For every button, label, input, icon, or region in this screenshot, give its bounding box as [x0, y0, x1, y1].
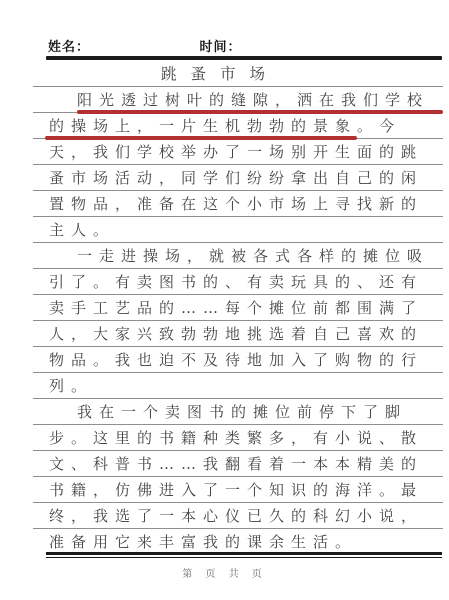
footer-divider-line [46, 552, 442, 558]
page-number-footer: 第 页 共 页 [0, 565, 449, 580]
essay-line: 我在一个卖图书的摊位前停下了脚 [33, 399, 443, 425]
writing-grid: 跳蚤市场 阳光透过树叶的缝隙，洒在我们学校 的操场上，一片生机勃勃的景象。今 天… [33, 61, 443, 555]
essay-line: 人，大家兴致勃勃地挑选着自己喜欢的 [33, 321, 443, 347]
essay-sheet: 姓名： 时间： 跳蚤市场 阳光透过树叶的缝隙，洒在我们学校 的操场上，一片生机勃… [0, 0, 449, 600]
time-field-label: 时间： [200, 40, 242, 55]
essay-line: 置物品，准备在这个小市场上寻找新的 [33, 191, 443, 217]
essay-line: 一走进操场，就被各式各样的摊位吸 [33, 243, 443, 269]
teacher-red-underline [77, 110, 443, 114]
essay-line: 终，我选了一本心仪已久的科幻小说， [33, 503, 443, 529]
essay-line: 蚤市场活动，同学们纷纷拿出自己的闲 [33, 165, 443, 191]
essay-line: 步。这里的书籍种类繁多，有小说、散 [33, 425, 443, 451]
essay-line: 天，我们学校举办了一场别开生面的跳 [33, 139, 443, 165]
essay-line: 引了。有卖图书的、有卖玩具的、还有 [33, 269, 443, 295]
teacher-red-underline [45, 136, 357, 140]
essay-line: 主人。 [33, 217, 443, 243]
essay-line: 文、科普书……我翻看着一本本精美的 [33, 451, 443, 477]
name-field-label: 姓名： [48, 40, 90, 55]
essay-line: 书籍，仿佛进入了一个知识的海洋。最 [33, 477, 443, 503]
header-divider-line [46, 56, 442, 60]
essay-line: 物品。我也迫不及待地加入了购物的行 [33, 347, 443, 373]
sheet-header: 姓名： 时间： [48, 36, 439, 55]
essay-line: 列。 [33, 373, 443, 399]
essay-line: 卖手工艺品的……每个摊位前都围满了 [33, 295, 443, 321]
essay-title: 跳蚤市场 [33, 61, 443, 87]
